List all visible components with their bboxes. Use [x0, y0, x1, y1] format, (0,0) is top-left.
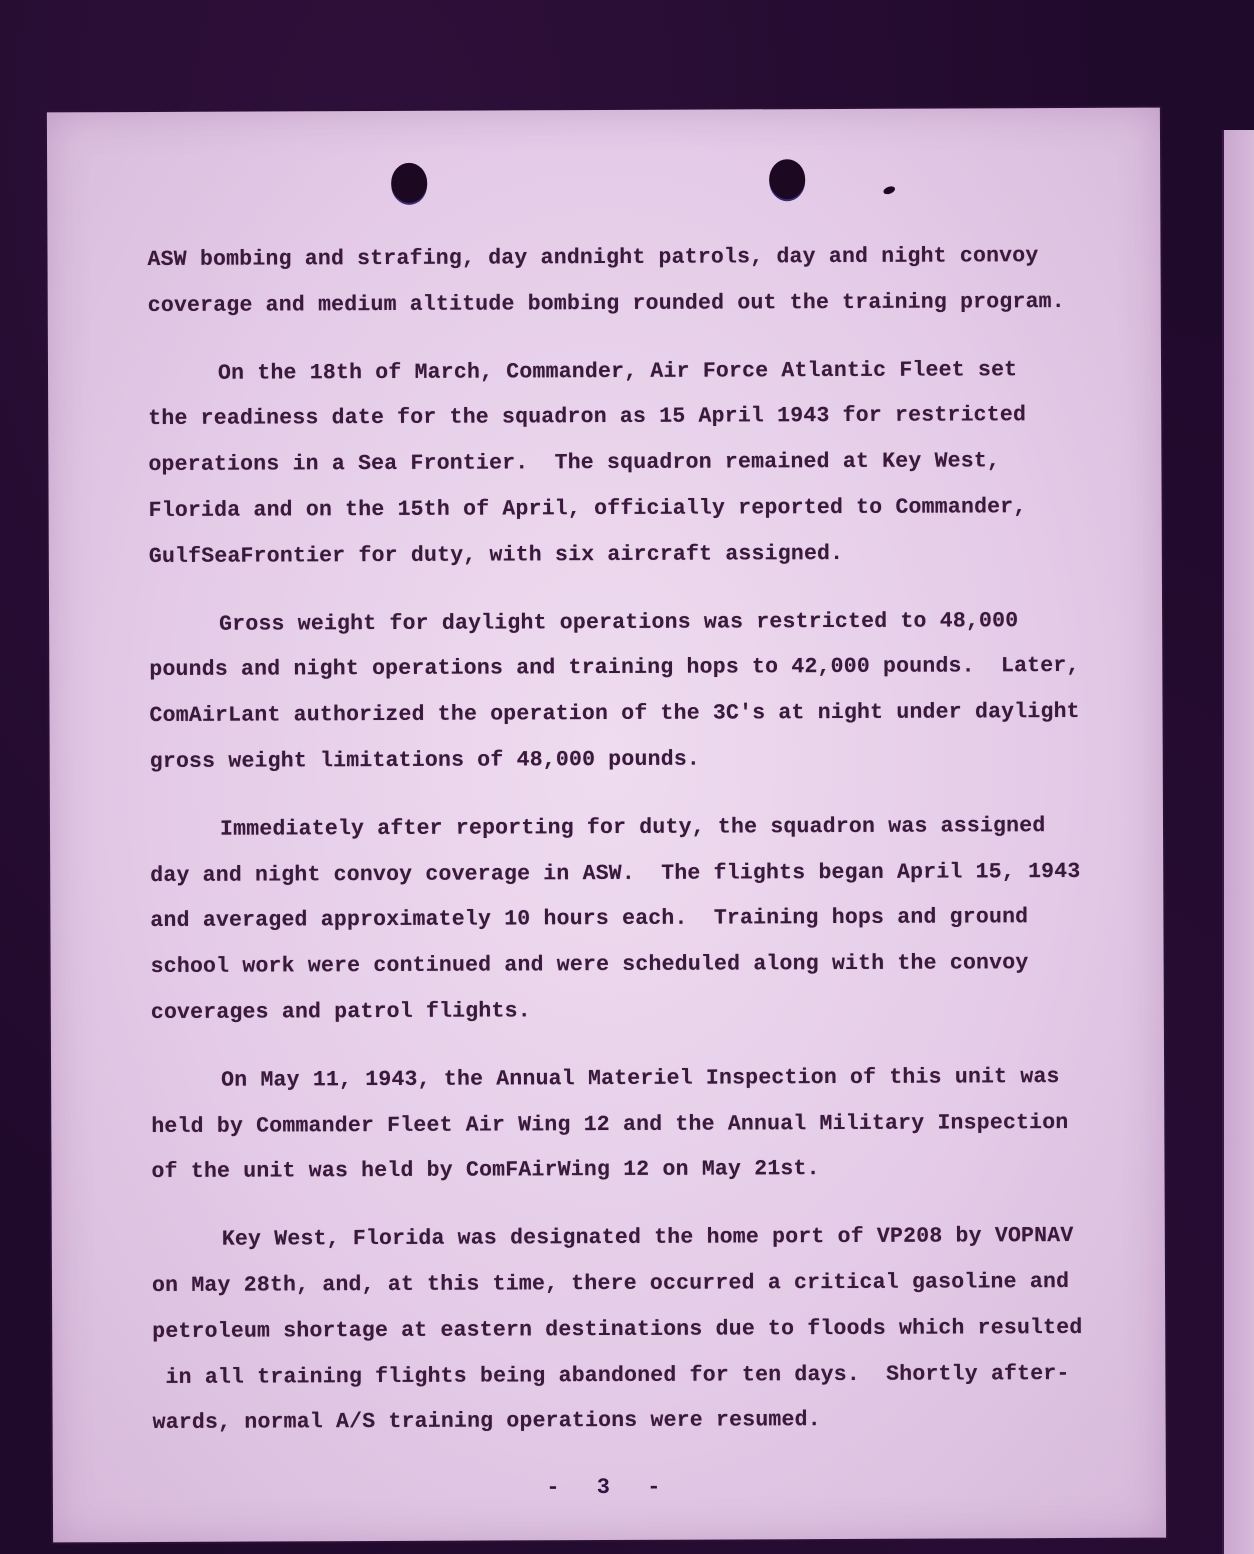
- paragraph-6: Key West, Florida was designated the hom…: [152, 1214, 1143, 1447]
- text-line: on May 28th, and, at this time, there oc…: [152, 1260, 1142, 1310]
- punch-hole-icon: [769, 159, 805, 199]
- text-line: Florida and on the 15th of April, offici…: [149, 485, 1139, 535]
- text-line: petroleum shortage at eastern destinatio…: [152, 1305, 1142, 1355]
- text-line: ComAirLant authorized the operation of t…: [149, 690, 1139, 740]
- text-line: school work were continued and were sche…: [151, 941, 1141, 991]
- text-line: in all training flights being abandoned …: [152, 1351, 1142, 1401]
- text-line: Immediately after reporting for duty, th…: [150, 803, 1140, 853]
- text-line: Key West, Florida was designated the hom…: [152, 1214, 1142, 1264]
- text-line: day and night convoy coverage in ASW. Th…: [150, 849, 1140, 899]
- punch-hole-icon: [391, 163, 427, 203]
- text-line: the readiness date for the squadron as 1…: [148, 393, 1138, 443]
- text-line: wards, normal A/S training operations we…: [153, 1397, 1143, 1447]
- document-body: ASW bombing and strafing, day andnight p…: [147, 234, 1142, 1469]
- text-line: GulfSeaFrontier for duty, with six aircr…: [149, 530, 1139, 580]
- text-line: pounds and night operations and training…: [149, 644, 1139, 694]
- text-line: Gross weight for daylight operations was…: [149, 598, 1139, 648]
- text-line: ASW bombing and strafing, day andnight p…: [147, 234, 1137, 284]
- paragraph-3: Gross weight for daylight operations was…: [149, 598, 1140, 786]
- text-line: and averaged approximately 10 hours each…: [150, 895, 1140, 945]
- text-line: On May 11, 1943, the Annual Materiel Ins…: [151, 1054, 1141, 1104]
- paragraph-2: On the 18th of March, Commander, Air For…: [148, 347, 1139, 580]
- text-line: gross weight limitations of 48,000 pound…: [150, 736, 1140, 786]
- paragraph-1: ASW bombing and strafing, day andnight p…: [147, 234, 1137, 330]
- ink-speck: [882, 185, 896, 196]
- text-line: coverage and medium altitude bombing rou…: [148, 279, 1138, 329]
- paragraph-4: Immediately after reporting for duty, th…: [150, 803, 1141, 1036]
- text-line: On the 18th of March, Commander, Air For…: [148, 347, 1138, 397]
- adjacent-page-edge: [1222, 130, 1254, 1554]
- document-page: ASW bombing and strafing, day andnight p…: [47, 108, 1166, 1543]
- text-line: coverages and patrol flights.: [151, 987, 1141, 1037]
- text-line: of the unit was held by ComFAirWing 12 o…: [151, 1146, 1141, 1196]
- text-line: held by Commander Fleet Air Wing 12 and …: [151, 1100, 1141, 1150]
- text-line: operations in a Sea Frontier. The squadr…: [148, 439, 1138, 489]
- page-number: - 3 -: [53, 1473, 1166, 1503]
- paragraph-5: On May 11, 1943, the Annual Materiel Ins…: [151, 1054, 1142, 1196]
